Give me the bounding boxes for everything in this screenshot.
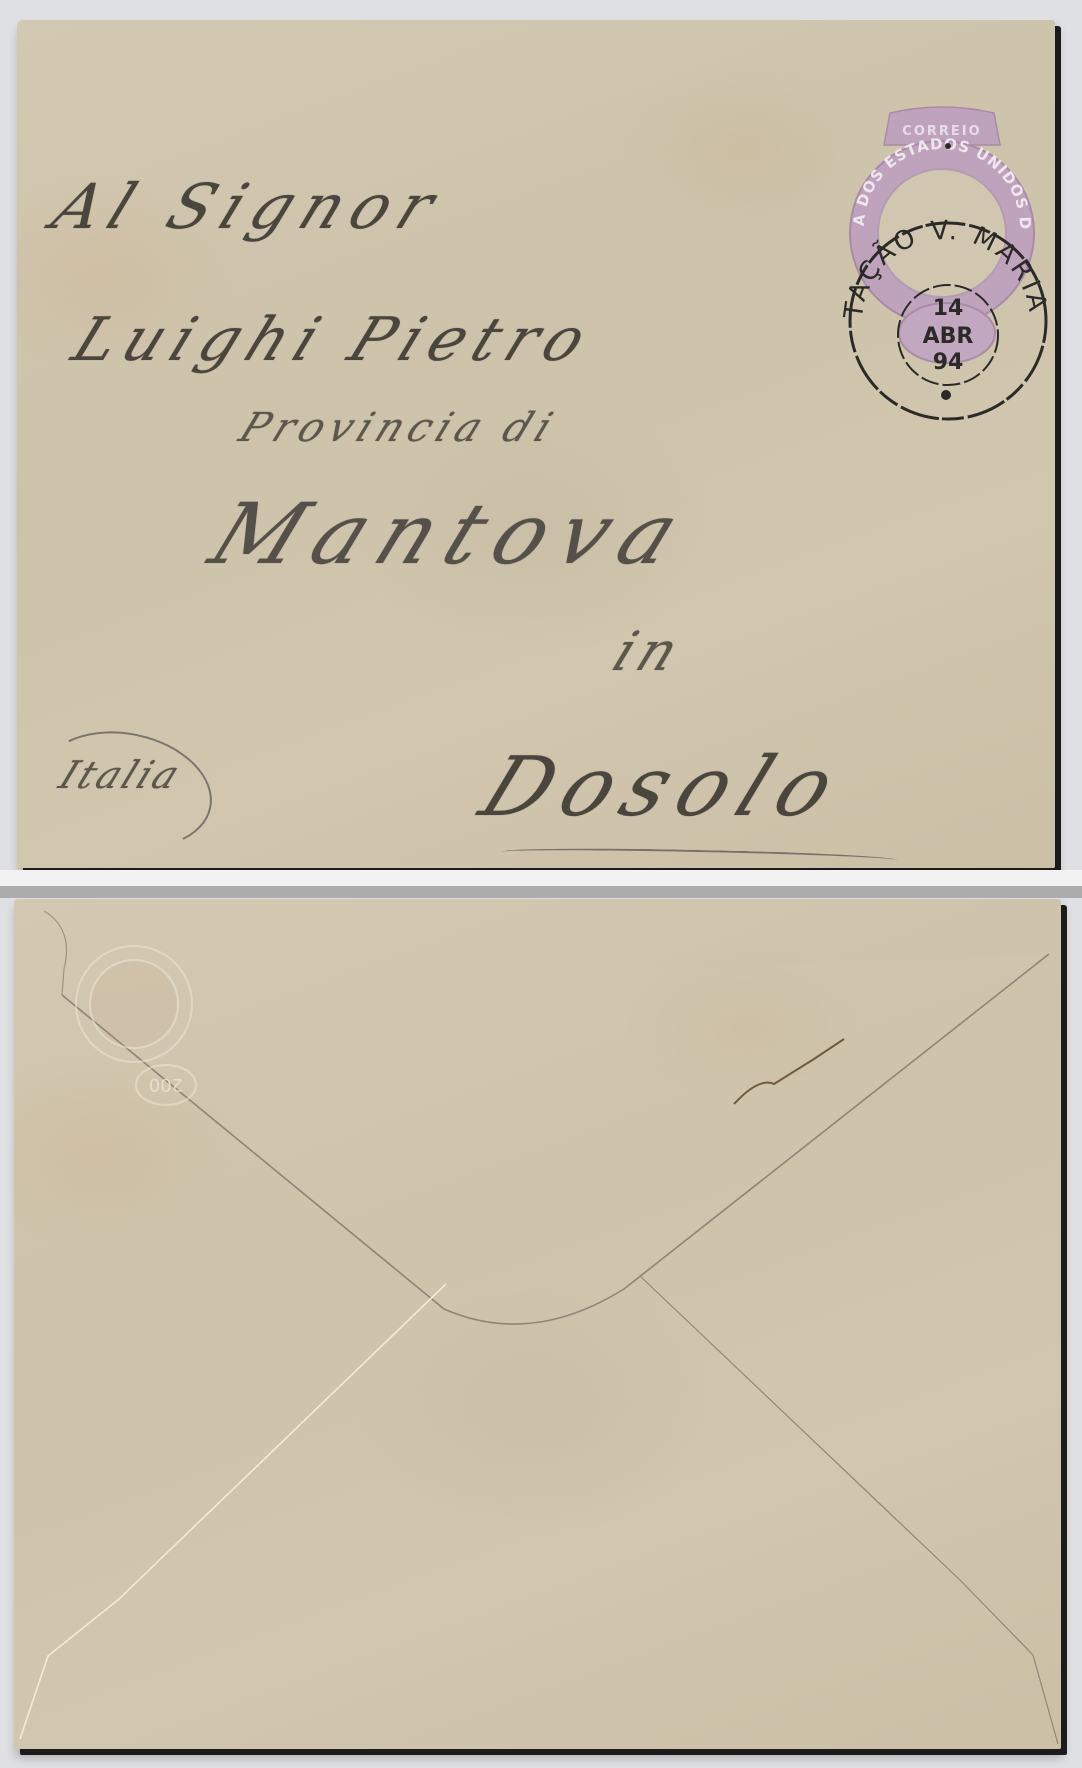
- postmark-month: ABR: [923, 324, 974, 349]
- stamp-and-postmark-icon: CORREIO REPUBLICA DOS ESTADOS UNIDOS DO …: [842, 105, 1062, 385]
- separator-light: [0, 870, 1082, 886]
- town-underline: [502, 846, 897, 866]
- postal-stationery-stamp: CORREIO REPUBLICA DOS ESTADOS UNIDOS DO …: [842, 105, 1042, 355]
- separator-dark: [0, 886, 1082, 898]
- embossed-value: 200: [149, 1074, 183, 1095]
- envelope-back: 200: [14, 899, 1061, 1749]
- envelope-front: Al Signor Luighi Pietro Provincia di Man…: [17, 20, 1055, 868]
- country-note: Italia: [53, 753, 189, 797]
- address-salutation: Al Signor: [42, 170, 455, 243]
- envelope-flaps-icon: 200: [14, 899, 1061, 1749]
- address-province-label: Provincia di: [233, 405, 565, 451]
- address-city: Mantova: [197, 485, 707, 583]
- address-town: Dosolo: [468, 740, 861, 835]
- address-recipient-name: Luighi Pietro: [63, 305, 605, 375]
- postmark-day: 14: [933, 296, 964, 321]
- address-preposition: in: [604, 620, 694, 683]
- postmark-year: 94: [933, 350, 964, 375]
